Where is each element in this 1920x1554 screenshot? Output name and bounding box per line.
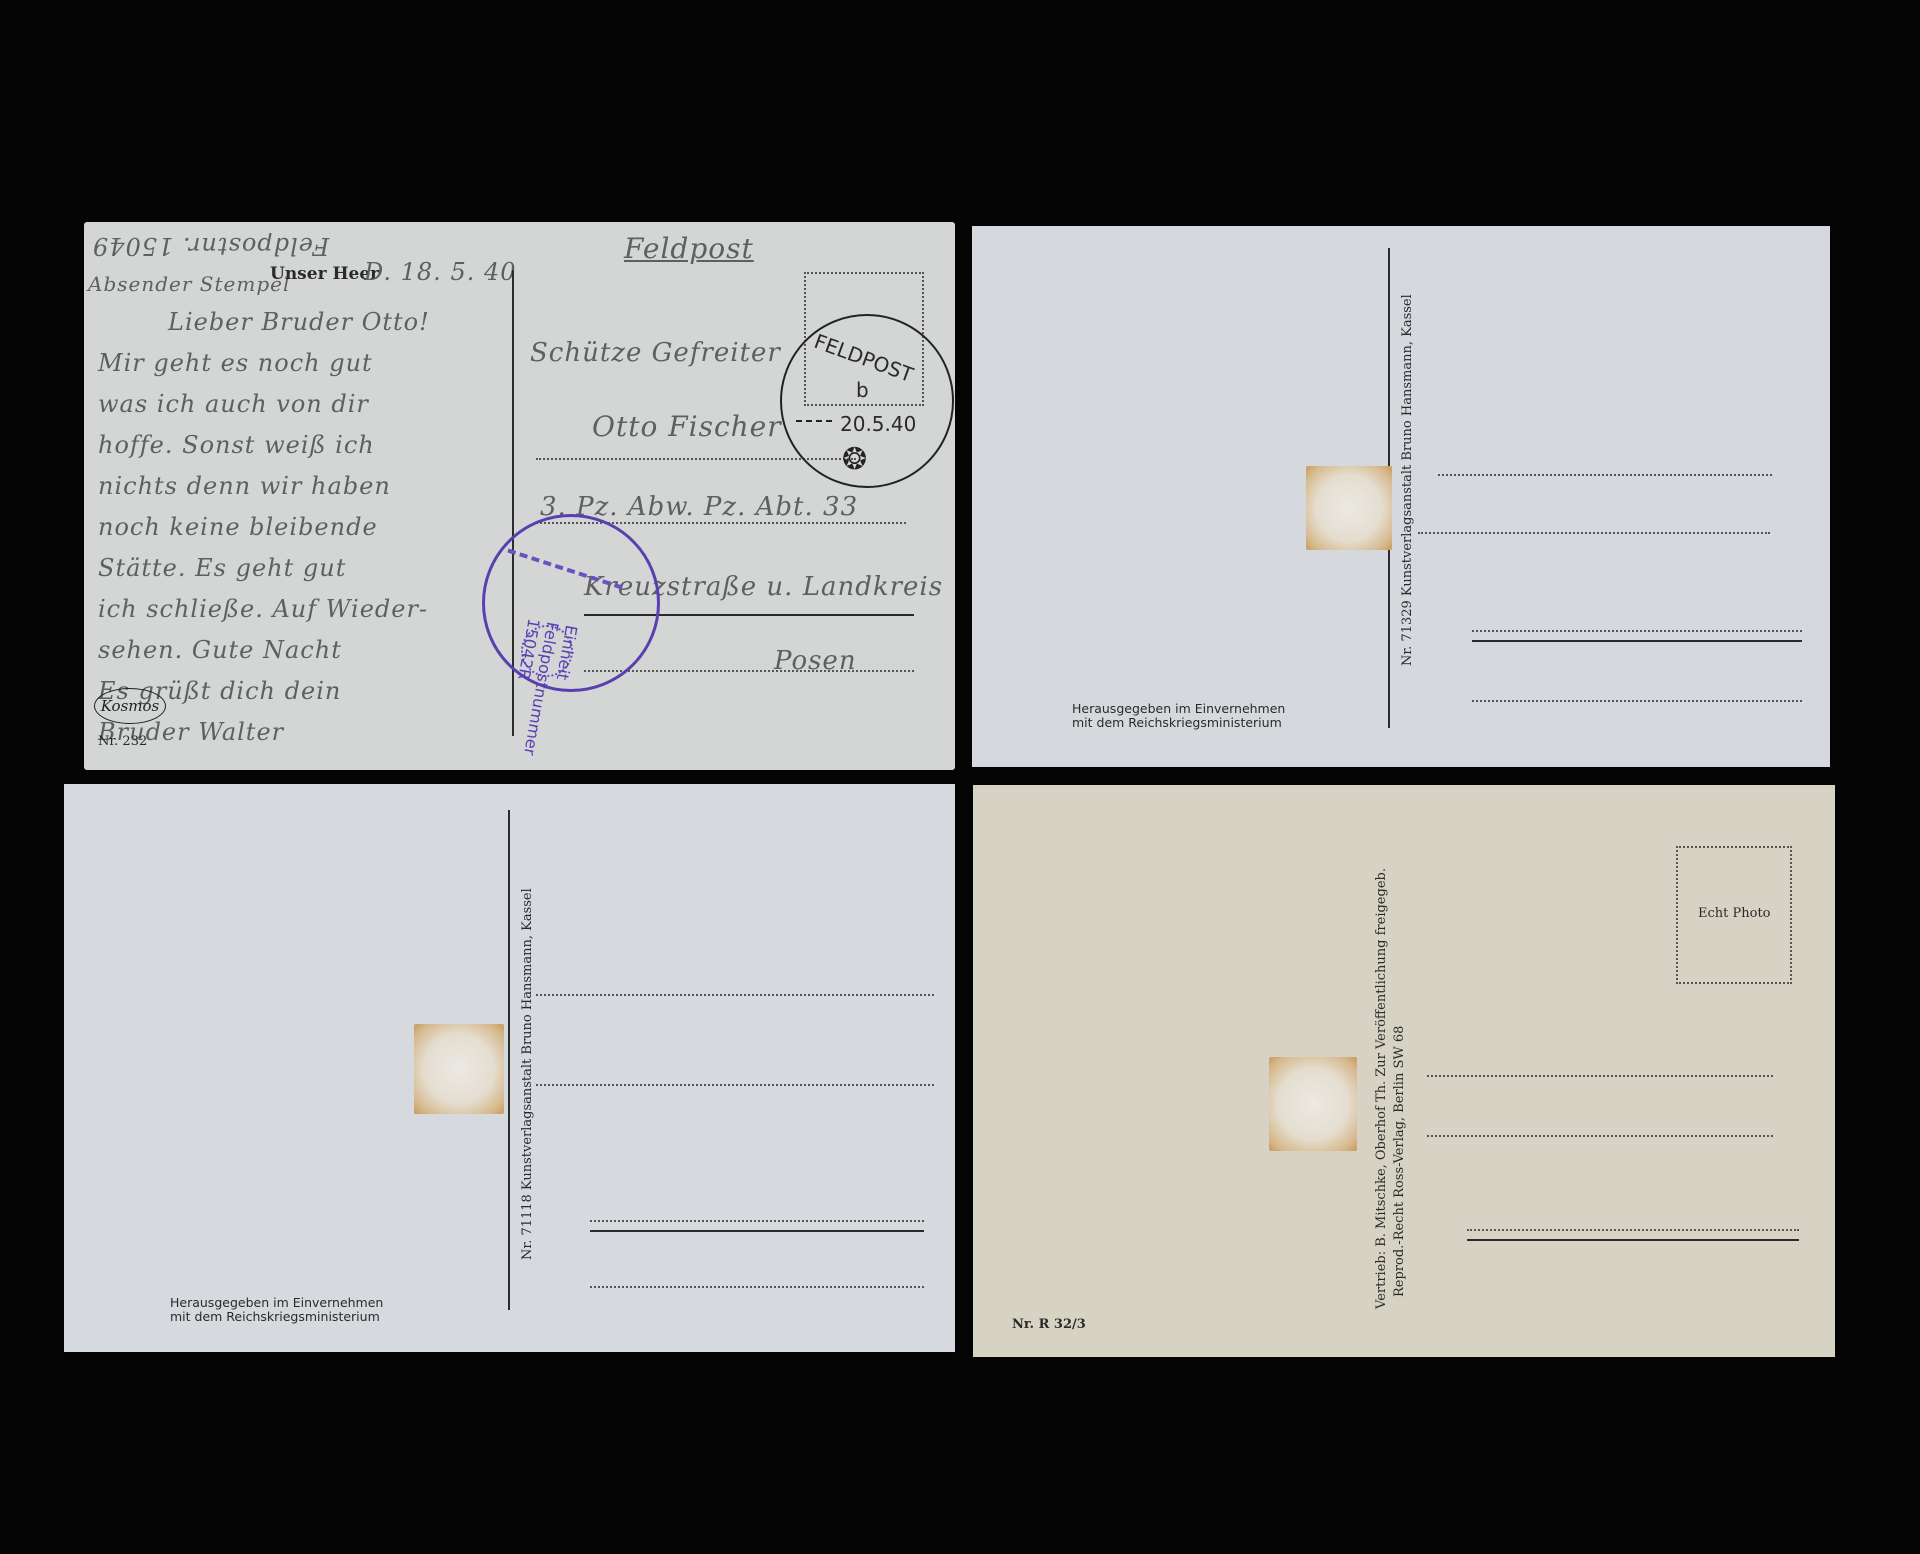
imprint-text: Herausgegeben im Einvernehmen mit dem Re… xyxy=(1072,702,1285,730)
postcard-feldpost: Feldpostnr. 15049 Absender Stempel Unser… xyxy=(84,222,955,770)
imprint-line-1: Herausgegeben im Einvernehmen xyxy=(170,1296,383,1310)
address-line-1: Schütze Gefreiter xyxy=(530,338,781,368)
imprint-line-2: mit dem Reichskriegsministerium xyxy=(170,1310,383,1324)
postmark-date: 20.5.40 xyxy=(840,412,916,436)
kosmos-logo-text: Kosmos xyxy=(101,697,159,715)
unit-stamp: Einheit Feldpostnummer 15042R xyxy=(482,514,660,692)
address-line-3-solid xyxy=(1472,640,1802,642)
address-line-3-solid xyxy=(1467,1239,1799,1241)
postmark-letter: b xyxy=(856,378,869,402)
feldpost-header: Feldpost xyxy=(624,232,754,265)
address-line-3 xyxy=(1472,630,1802,632)
distribution-line-1: Vertrieb: B. Mitschke, Oberhof Th. Zur V… xyxy=(1373,868,1391,1309)
message-line: sehen. Gute Nacht xyxy=(98,630,498,671)
address-line-5: Posen xyxy=(774,646,857,676)
glue-residue xyxy=(414,1024,504,1114)
address-line-2 xyxy=(1427,1135,1773,1137)
distribution-line-2: Reprod.-Recht Ross-Verlag, Berlin SW 68 xyxy=(1391,868,1409,1309)
address-line-1 xyxy=(1438,474,1772,476)
message-line: hoffe. Sonst weiß ich xyxy=(98,425,498,466)
publisher-vertical-text: Nr. 71329 Kunstverlagsanstalt Bruno Hans… xyxy=(1400,294,1415,666)
stamp-box-label: Echt Photo xyxy=(1698,906,1771,921)
address-line-2: Otto Fischer xyxy=(592,410,782,443)
address-line-2 xyxy=(1418,532,1770,534)
publisher-vertical-text: Nr. 71118 Kunstverlagsanstalt Bruno Hans… xyxy=(520,888,535,1260)
kosmos-logo: Kosmos xyxy=(94,688,166,724)
postcard-blank-2: Nr. 71118 Kunstverlagsanstalt Bruno Hans… xyxy=(64,784,955,1352)
divider-line xyxy=(508,810,510,1310)
address-line-4 xyxy=(1472,700,1802,702)
message-block: Lieber Bruder Otto!Mir geht es noch gutw… xyxy=(98,302,498,753)
card-number: Nr. R 32/3 xyxy=(1012,1317,1086,1332)
unit-stamp-text: Einheit Feldpostnummer 15042R xyxy=(501,617,581,760)
postcard-blank-1: Nr. 71329 Kunstverlagsanstalt Bruno Hans… xyxy=(972,226,1830,767)
message-line: Mir geht es noch gut xyxy=(98,343,498,384)
feldpost-postmark: FELDPOST b 20.5.40 ❂ xyxy=(780,314,954,488)
address-line-3 xyxy=(1467,1229,1799,1231)
address-line-4 xyxy=(590,1286,924,1288)
address-dotted-line-4 xyxy=(584,670,914,672)
card-number: Nr. 232 xyxy=(98,734,147,749)
header-handwriting-inverted: Feldpostnr. 15049 xyxy=(92,232,329,260)
message-line: nichts denn wir haben xyxy=(98,466,498,507)
message-line: Bruder Walter xyxy=(98,712,498,753)
postcard-echt-photo: Echt Photo Vertrieb: B. Mitschke, Oberho… xyxy=(973,785,1835,1357)
imprint-text: Herausgegeben im Einvernehmen mit dem Re… xyxy=(170,1296,383,1324)
postmark-dash xyxy=(796,420,832,422)
glue-residue xyxy=(1269,1057,1357,1151)
message-line: Lieber Bruder Otto! xyxy=(98,302,498,343)
message-line: ich schließe. Auf Wieder- xyxy=(98,589,498,630)
series-title: Unser Heer xyxy=(270,264,379,284)
stamp-box: Echt Photo xyxy=(1676,846,1792,984)
address-line-1 xyxy=(536,994,934,996)
address-line-3 xyxy=(590,1220,924,1222)
imprint-line-1: Herausgegeben im Einvernehmen xyxy=(1072,702,1285,716)
message-line: noch keine bleibende xyxy=(98,507,498,548)
eagle-emblem-icon: ❂ xyxy=(842,442,867,477)
unit-stamp-eagle-wing xyxy=(507,549,622,590)
message-line: Stätte. Es geht gut xyxy=(98,548,498,589)
imprint-line-2: mit dem Reichskriegsministerium xyxy=(1072,716,1285,730)
address-line-1 xyxy=(1427,1075,1773,1077)
message-line: was ich auch von dir xyxy=(98,384,498,425)
distribution-vertical-text: Vertrieb: B. Mitschke, Oberhof Th. Zur V… xyxy=(1373,868,1409,1309)
header-handwriting-line2: Absender Stempel xyxy=(88,272,290,296)
address-line-2 xyxy=(536,1084,934,1086)
address-line-3-solid xyxy=(590,1230,924,1232)
date-note: D. 18. 5. 40 xyxy=(364,258,517,286)
glue-residue xyxy=(1306,466,1392,550)
